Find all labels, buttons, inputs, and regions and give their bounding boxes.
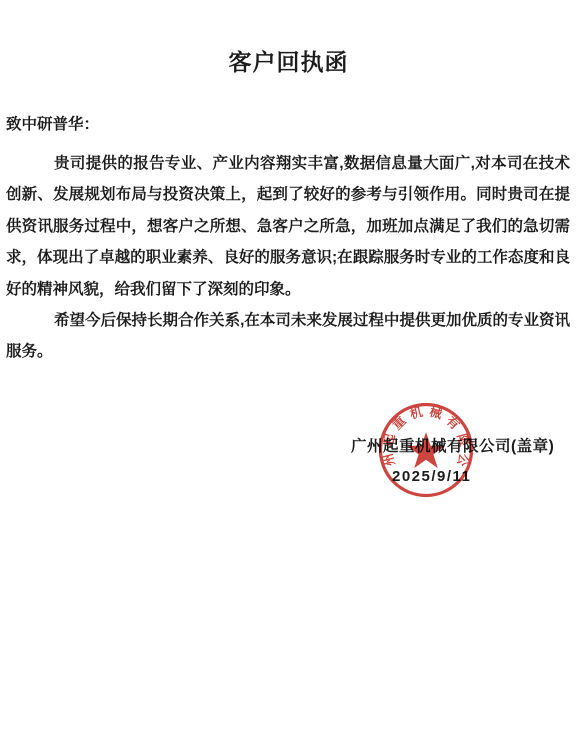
receipt-letter-page: 客户回执函 致中研普华： 贵司提供的报告专业、产业内容翔实丰富,数据信息量大面广… (0, 0, 577, 741)
salutation-line: 致中研普华： (6, 112, 570, 138)
document-title: 客户回执函 (0, 44, 577, 77)
signature-date-line: 2025/9/11 (392, 468, 471, 485)
body-paragraph-2: 希望今后保持长期合作关系,在本司未来发展过程中提供更加优质的专业资讯服务。 (6, 305, 570, 368)
body-paragraph-1: 贵司提供的报告专业、产业内容翔实丰富,数据信息量大面广,对本司在技术创新、发展规… (6, 148, 570, 305)
seal-arc-text: 广州起重机械有限公司 (366, 390, 471, 468)
signature-company-line: 广州起重机械有限公司(盖章) (351, 434, 554, 456)
letter-body: 致中研普华： 贵司提供的报告专业、产业内容翔实丰富,数据信息量大面广,对本司在技… (6, 112, 570, 368)
